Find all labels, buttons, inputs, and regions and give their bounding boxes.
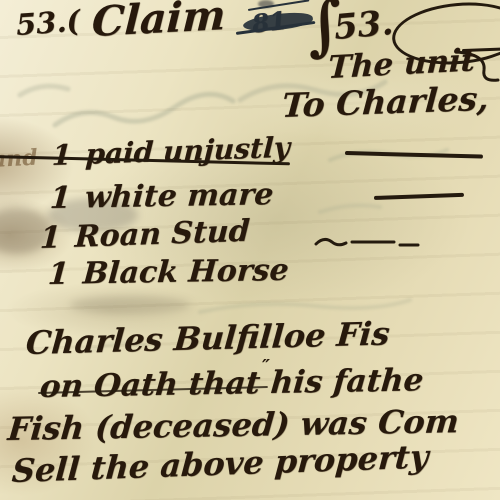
item-text: Black Horse <box>82 253 290 292</box>
item-text: Roan Stud <box>74 214 251 255</box>
claim-number-left: 53.( <box>15 4 81 42</box>
item-text: white mare <box>84 177 275 215</box>
list-item: 1white mare <box>49 177 275 216</box>
list-item: 1Roan Stud <box>39 214 251 256</box>
insertion-mark: ″ <box>262 356 270 377</box>
list-item: 1Black Horse <box>47 253 290 292</box>
item-qty: 1 <box>51 138 72 172</box>
salutation-line-2: To Charles, <box>281 79 491 125</box>
item-qty: 1 <box>49 181 72 216</box>
manuscript-page: 53.( Claim 81 ∫ 53. The unit To Charles,… <box>0 0 500 500</box>
ink-smudge <box>70 296 190 314</box>
claim-word: Claim <box>91 0 227 46</box>
fill-dash-squiggle <box>314 232 424 252</box>
item-qty: 1 <box>39 220 62 256</box>
claim-number-right: 53. <box>332 3 394 48</box>
body-line: on Oath that his fathe <box>38 362 424 405</box>
item-qty: 1 <box>47 257 70 292</box>
